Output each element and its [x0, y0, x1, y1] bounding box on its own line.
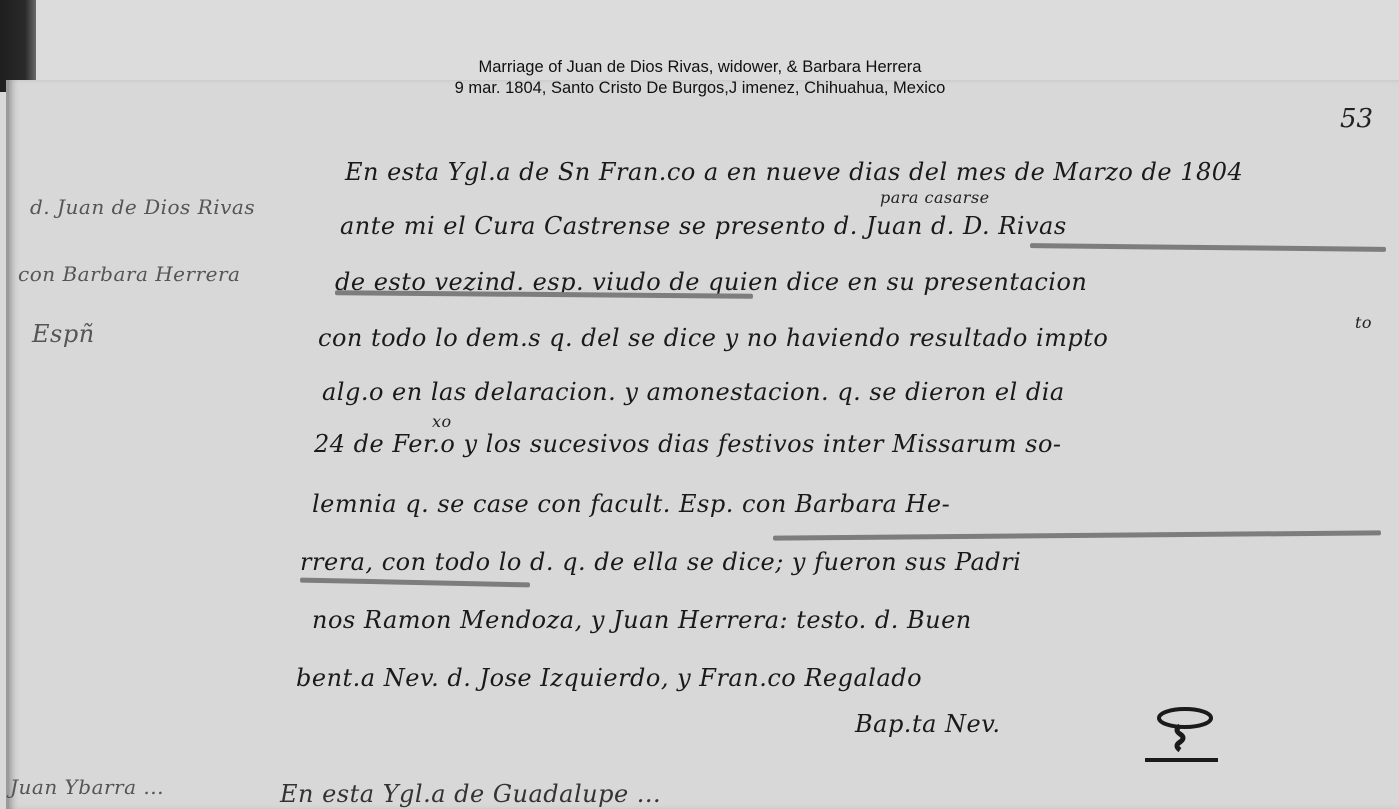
- caption-details: 9 mar. 1804, Santo Cristo De Burgos,J im…: [350, 78, 1050, 99]
- folio-number: 53: [1340, 104, 1373, 134]
- interlinear-to: to: [1355, 313, 1372, 332]
- scan-dark-corner: [0, 0, 36, 92]
- next-entry-start: En esta Ygl.a de Guadalupe ...: [280, 780, 661, 808]
- record-line-4: con todo lo dem.s q. del se dice y no ha…: [318, 324, 1108, 352]
- record-line-5: alg.o en las delaracion. y amonestacion.…: [322, 378, 1065, 406]
- rubric-flourish-icon: [1140, 700, 1220, 770]
- record-line-6: 24 de Fer.o y los sucesivos dias festivo…: [314, 430, 1062, 458]
- margin-note-status: Espñ: [32, 320, 95, 348]
- margin-note-groom: d. Juan de Dios Rivas: [30, 195, 255, 219]
- record-line-8: rrera, con todo lo d. q. de ella se dice…: [300, 548, 1021, 576]
- caption: Marriage of Juan de Dios Rivas, widower,…: [350, 57, 1050, 99]
- record-line-7: lemnia q. se case con facult. Esp. con B…: [312, 490, 950, 518]
- record-line-9: nos Ramon Mendoza, y Juan Herrera: testo…: [312, 606, 972, 634]
- priest-signature: Bap.ta Nev.: [855, 710, 1001, 738]
- interlinear-xo: xo: [432, 412, 452, 431]
- interlinear-para-casarse: para casarse: [880, 188, 990, 207]
- margin-note-bride: con Barbara Herrera: [18, 262, 240, 286]
- caption-title: Marriage of Juan de Dios Rivas, widower,…: [350, 57, 1050, 78]
- record-line-1: En esta Ygl.a de Sn Fran.co a en nueve d…: [345, 158, 1243, 186]
- margin-note-next-entry: Juan Ybarra ...: [10, 775, 164, 799]
- record-line-10: bent.a Nev. d. Jose Izquierdo, y Fran.co…: [296, 664, 922, 692]
- record-line-2: ante mi el Cura Castrense se presento d.…: [340, 212, 1067, 240]
